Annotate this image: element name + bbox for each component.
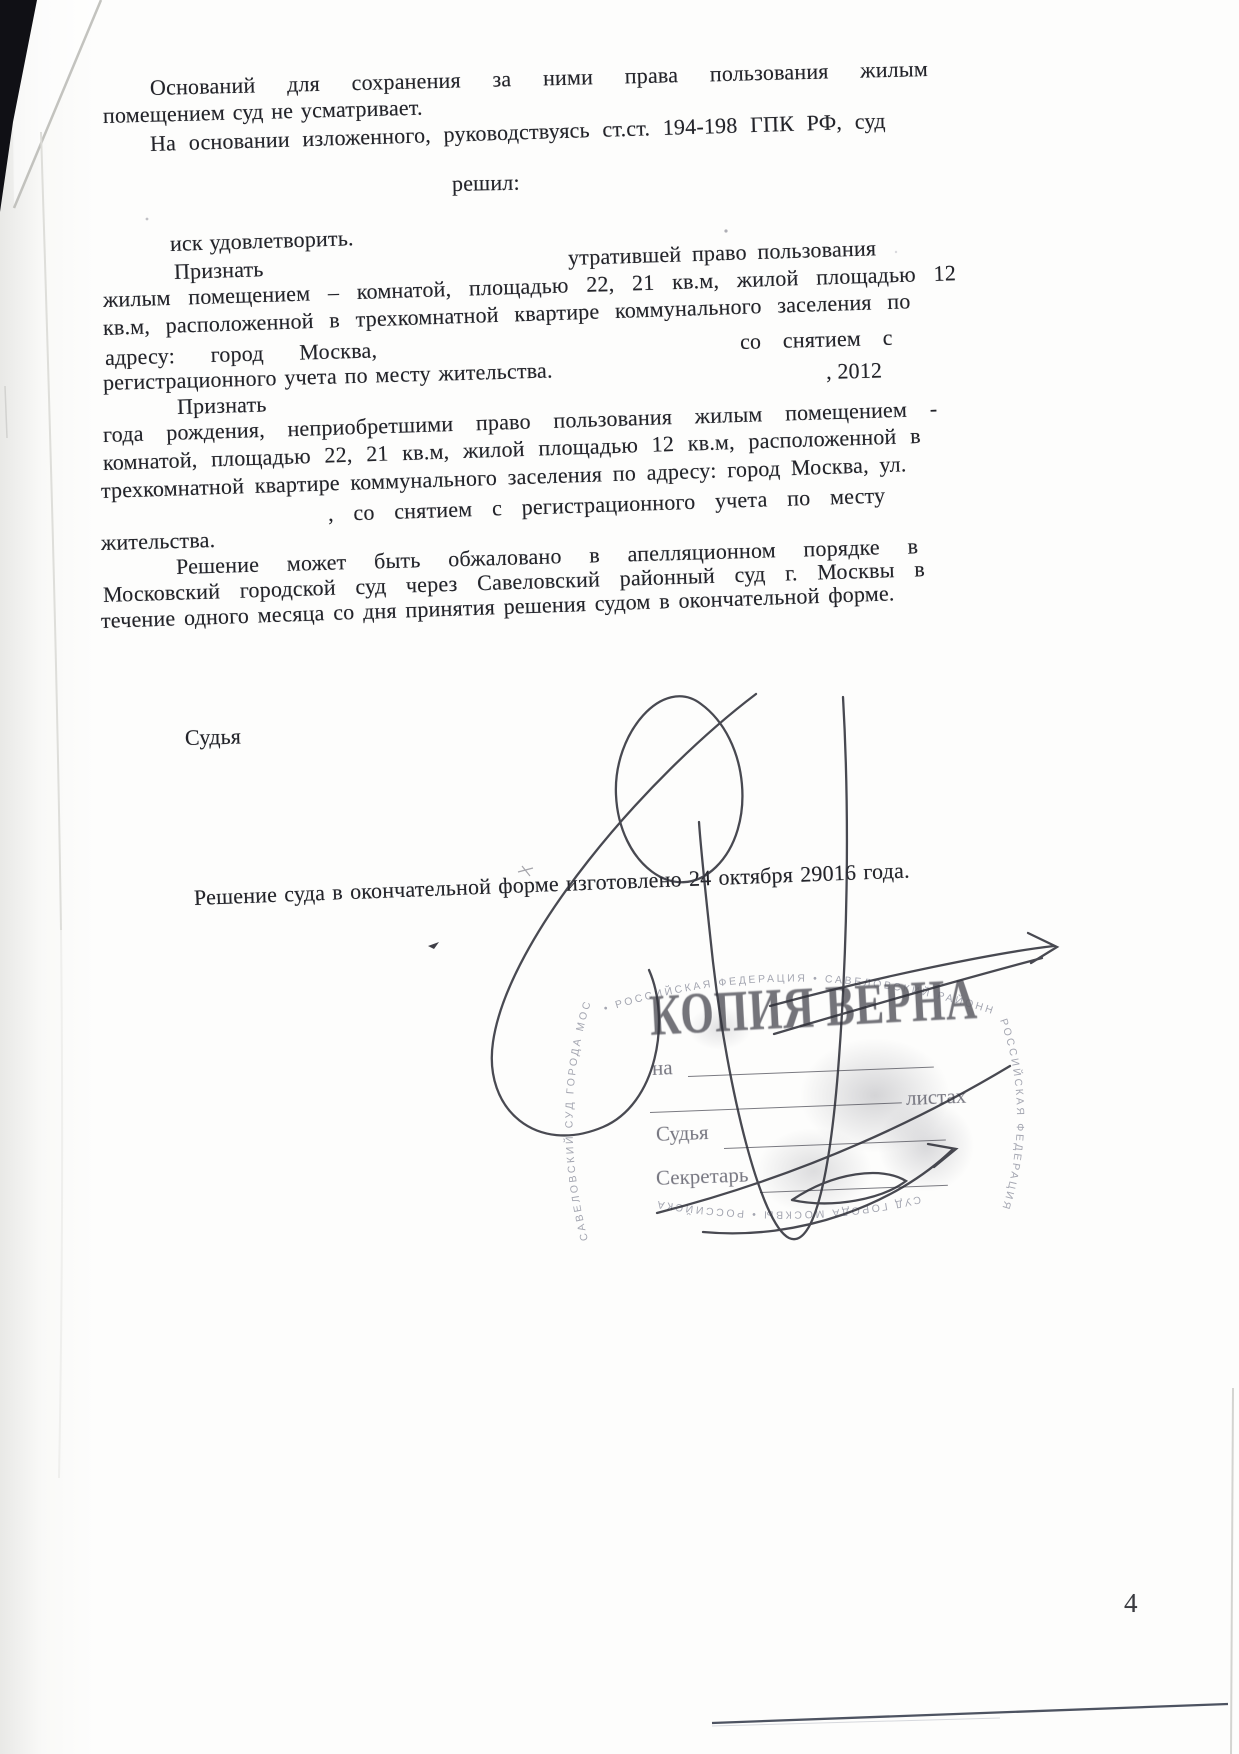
edge-mark [5,386,7,438]
seal-ink-blot [688,1006,752,1050]
stamp-blank-line [724,1139,946,1149]
signature-stroke [770,946,1054,1006]
scanner-background-wedge [0,0,37,212]
paper-crease [41,132,61,930]
stamp-field-secretary-label: Секретарь [656,1162,749,1191]
signature-stroke [657,1066,1010,1213]
text-line: Признать [177,393,267,419]
stamp-blank-line [688,1067,934,1077]
stamp-field-na-label: на [652,1055,674,1081]
stamp-blank-line [760,1185,948,1193]
fold-line [14,0,101,208]
seal-ink-blot [800,1038,950,1153]
page-number: 4 [1124,1588,1138,1619]
page-right-edge [1231,1388,1233,1754]
stamp-field-listah-label: листах [906,1084,967,1111]
signature-stroke [492,694,756,1135]
signature-stroke [774,958,1042,1034]
scanned-court-document-page: Оснований для сохранения за ними права п… [0,0,1239,1754]
seal-ink-blot [878,1100,974,1192]
stamp-copy-verna-label: КОПИЯ ВЕРНА [648,965,979,1049]
signature-arrowhead [1028,933,1057,963]
signature-stroke [792,1173,906,1203]
text-line: , 2012 [826,358,883,384]
signature-arrowhead [928,1144,956,1167]
signature-stroke [616,696,743,882]
text-line: Судья [185,725,242,750]
text-line: Решение суда в окончательной форме изгот… [194,859,911,910]
stamp-field-judge-label: Судья [656,1120,710,1147]
signature-stroke [699,697,847,1239]
stamp-blank-line [650,1102,902,1113]
text-line: решил: [452,171,520,196]
text-line: иск удовлетворить. [170,226,354,256]
text-line: жительства. [101,528,216,555]
text-line: со снятием с [740,326,893,354]
paper-crease-lower [59,930,62,1478]
next-page-edge-line [712,1704,1228,1723]
seal-ink-blot [756,1128,872,1214]
folded-corner [13,0,101,208]
next-page-edge-shadow [712,1718,1000,1726]
text-line: Признать [174,257,264,284]
signature-stroke [703,1150,952,1233]
text-line: Оснований для сохранения за ними права п… [150,57,928,100]
